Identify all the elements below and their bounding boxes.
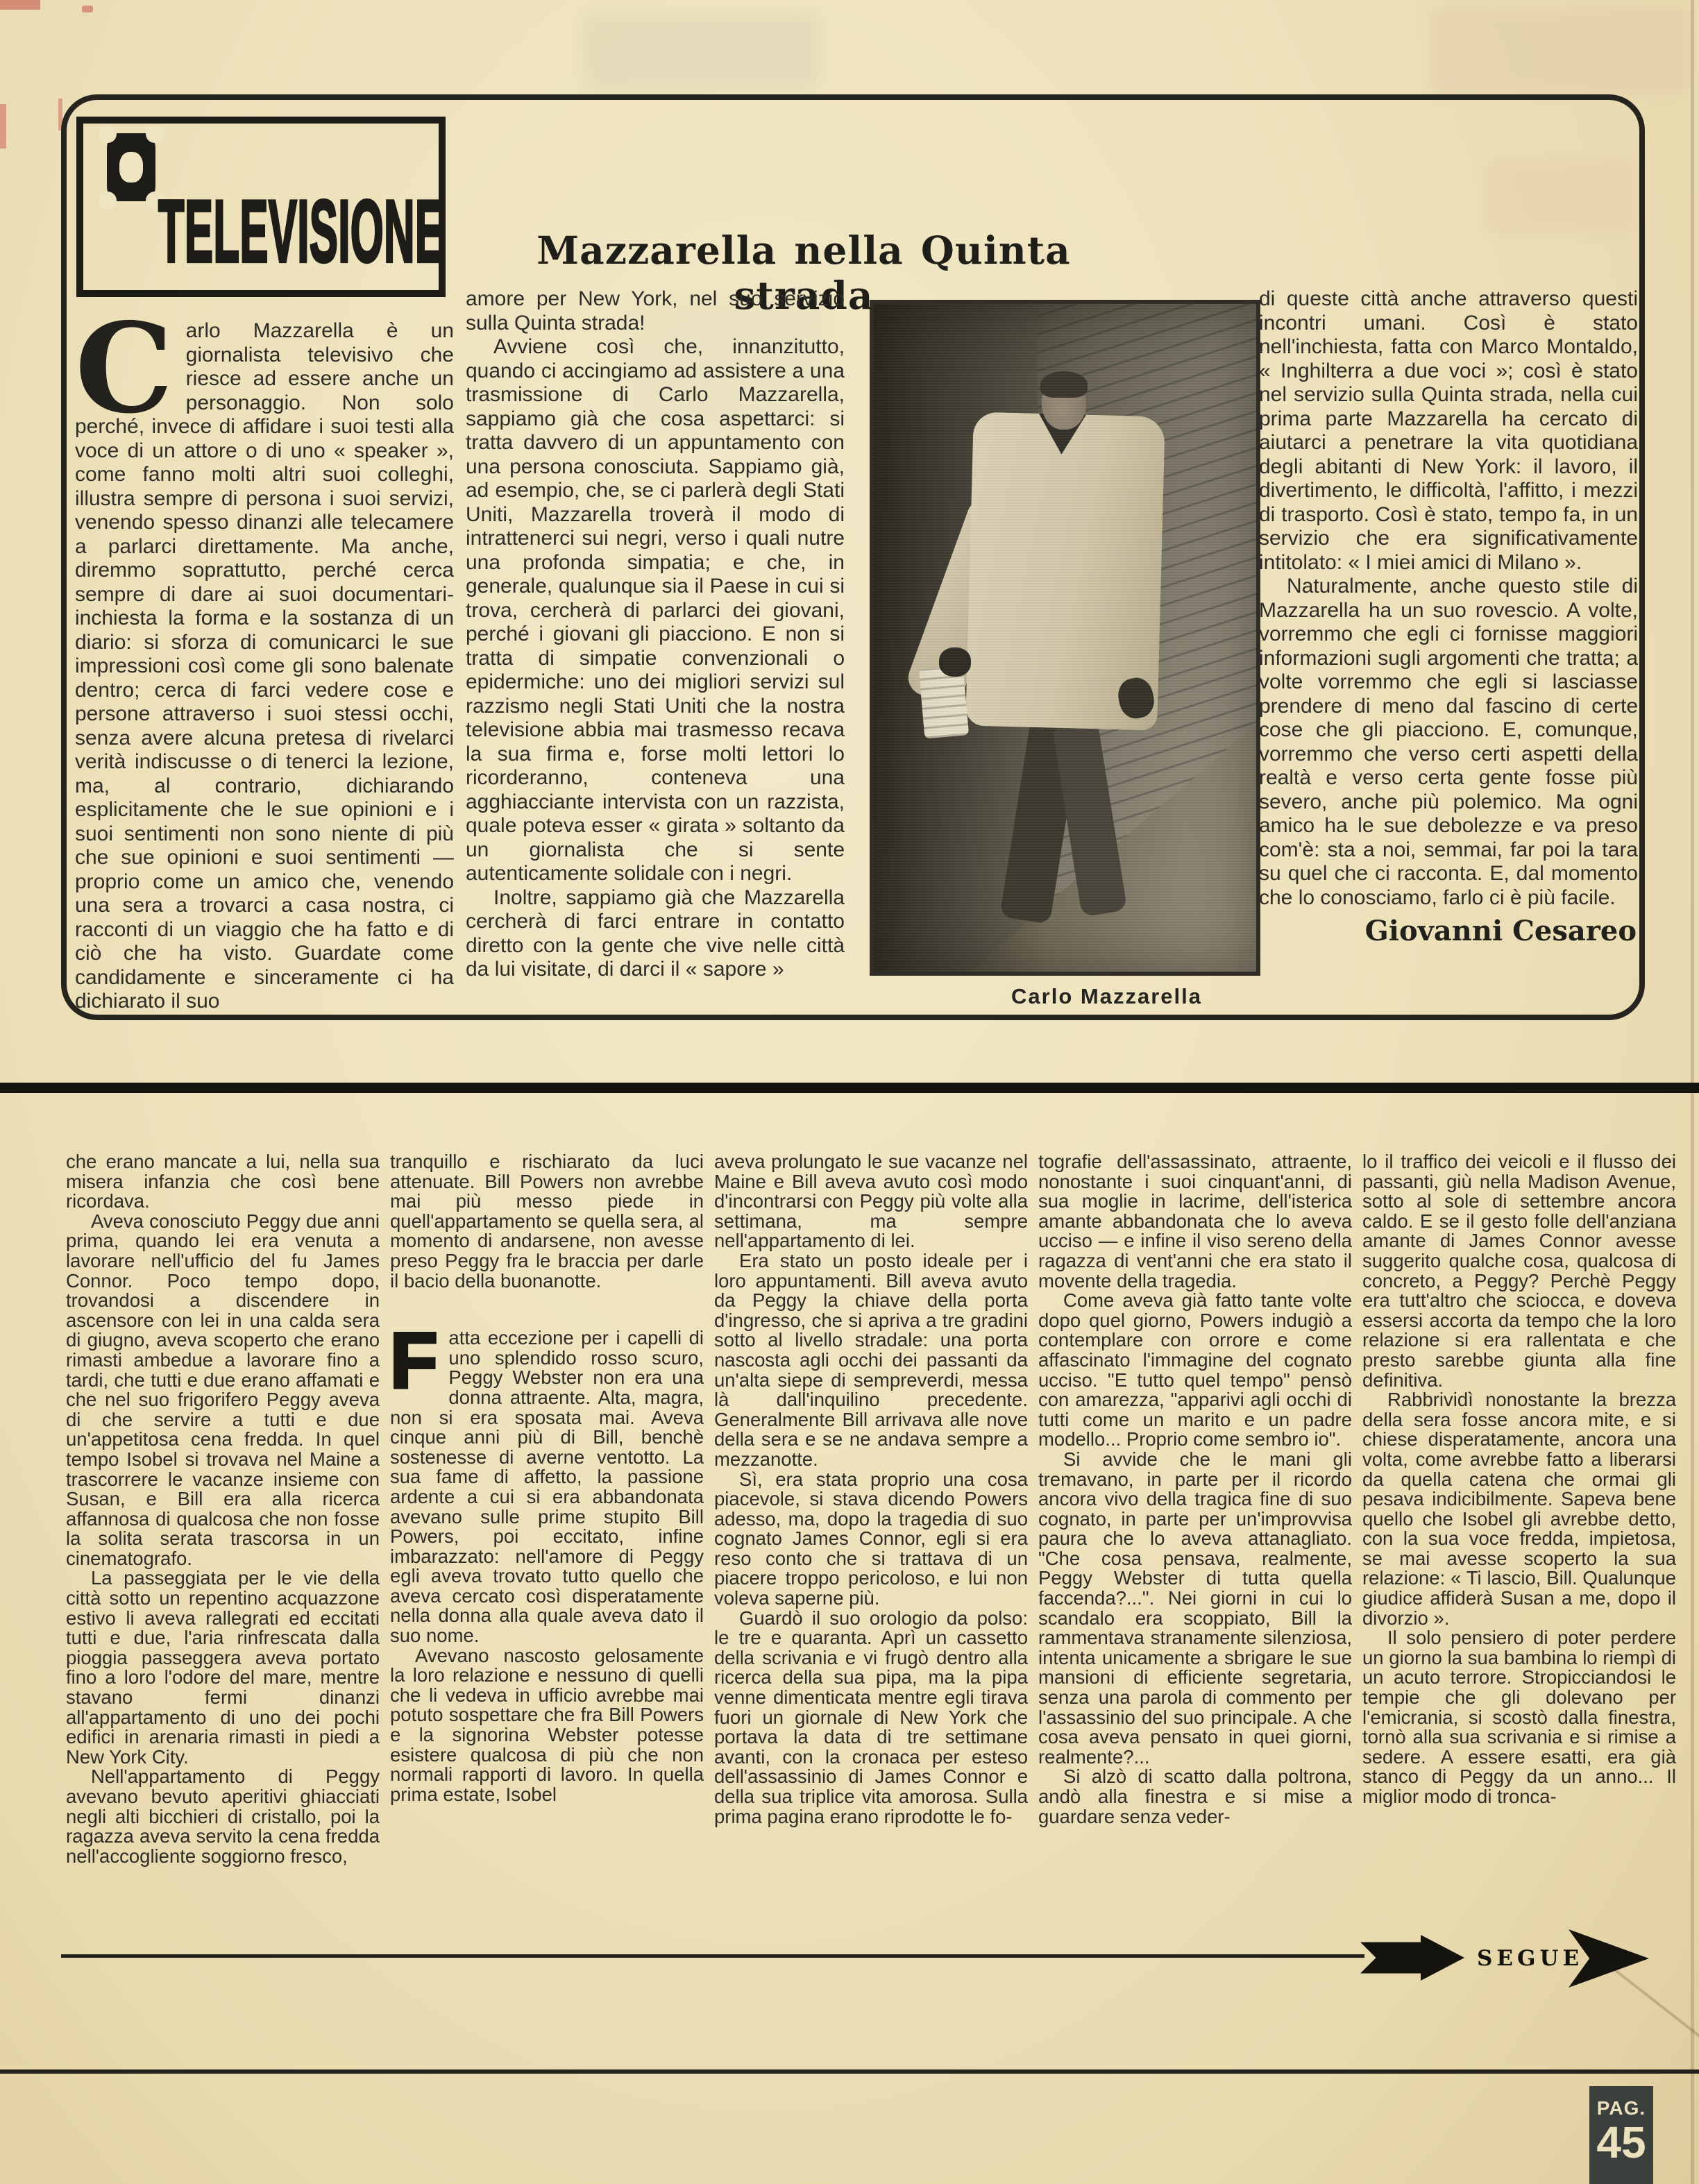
paragraph: Aveva conosciuto Peggy due anni prima, q…	[66, 1212, 380, 1569]
section-title: TELEVISIONE	[158, 187, 443, 276]
paragraph: tografie dell'assassinato, attraente, no…	[1038, 1152, 1352, 1291]
paragraph: Carlo Mazzarella è un giornalista televi…	[75, 319, 454, 1013]
paragraph: La passeggiata per le vie della città so…	[66, 1568, 380, 1767]
paragraph: Si avvide che le mani gli tremavano, in …	[1038, 1450, 1352, 1768]
dropcap-f: F	[390, 1332, 437, 1389]
paragraph: di queste città anche attraverso questi …	[1259, 287, 1638, 575]
bleedthrough-ghost	[1430, 7, 1687, 96]
story-bottom-rule	[61, 1954, 1364, 1958]
section-divider-bar	[0, 1083, 1699, 1093]
paragraph: Avevano nascosto gelosamente la loro rel…	[390, 1646, 704, 1805]
segue-label: SEGUE	[1477, 1946, 1583, 1971]
arrow-right-icon	[1360, 1935, 1464, 1981]
story-column-5: lo il traffico dei veicoli e il flusso d…	[1362, 1152, 1676, 1935]
tv-ornament-icon	[107, 133, 155, 201]
article-column-3: di queste città anche attraverso questi …	[1259, 287, 1638, 944]
photo-carlo-mazzarella	[870, 300, 1260, 976]
paragraph: Naturalmente, anche questo stile di Mazz…	[1259, 575, 1638, 910]
column-paragraphs: di queste città anche attraverso questi …	[1259, 287, 1638, 910]
paragraph: Inoltre, sappiamo già che Mazzarella cer…	[466, 886, 845, 982]
page-number: 45	[1589, 2119, 1653, 2166]
print-registration-mark	[82, 6, 93, 12]
photo-grain-overlay	[874, 304, 1256, 972]
paragraph: Rabbrividì nonostante la brezza della se…	[1362, 1390, 1676, 1628]
paragraph: Guardò il suo orologio da polso: le tre …	[714, 1609, 1028, 1827]
article-column-1: Carlo Mazzarella è un giornalista televi…	[75, 319, 454, 1013]
story-column-2: tranquillo e rischiarato da luci attenua…	[390, 1152, 704, 1935]
story-column-1: che erano mancate a lui, nella sua miser…	[66, 1152, 380, 1935]
print-registration-mark	[0, 0, 40, 10]
article-column-2: amore per New York, nel suo servizio sul…	[466, 287, 845, 1013]
continuation-marker: SEGUE	[1360, 1928, 1652, 1992]
magazine-page: TELEVISIONE Mazzarella nella Quinta stra…	[0, 0, 1699, 2184]
page-number-badge: PAG. 45	[1589, 2086, 1653, 2184]
dropcap-c: C	[75, 325, 174, 412]
author-byline: Giovanni Cesareo	[1259, 920, 1638, 944]
paragraph: amore per New York, nel suo servizio sul…	[466, 287, 845, 335]
paragraph: lo il traffico dei veicoli e il flusso d…	[1362, 1152, 1676, 1390]
television-feature-box: TELEVISIONE Mazzarella nella Quinta stra…	[61, 94, 1645, 1020]
paragraph: Sì, era stata proprio una cosa piacevole…	[714, 1470, 1028, 1609]
story-column-4: tografie dell'assassinato, attraente, no…	[1038, 1152, 1352, 1935]
print-registration-mark	[0, 104, 6, 149]
paragraph: Nell'appartamento di Peggy avevano bevut…	[66, 1767, 380, 1866]
paragraph: Era stato un posto ideale per i loro app…	[714, 1251, 1028, 1470]
paragraph-text: arlo Mazzarella è un giornalista televis…	[75, 319, 454, 1013]
paragraph: che erano mancate a lui, nella sua miser…	[66, 1152, 380, 1212]
paragraph: Avviene così che, innanzitutto, quando c…	[466, 335, 845, 886]
bleedthrough-ghost	[583, 12, 819, 90]
paragraph: aveva prolungato le sue vacanze nel Main…	[714, 1152, 1028, 1251]
page-number-label: PAG.	[1589, 2097, 1653, 2119]
paragraph: Il solo pensiero di poter perdere un gio…	[1362, 1628, 1676, 1806]
paragraph: tranquillo e rischiarato da luci attenua…	[390, 1152, 704, 1291]
paragraph: Come aveva già fatto tante volte dopo qu…	[1038, 1291, 1352, 1450]
televisione-logo-box: TELEVISIONE	[76, 117, 446, 297]
paragraph: Fatta eccezione per i capelli di uno spl…	[390, 1328, 704, 1646]
photo-caption: Carlo Mazzarella	[870, 984, 1260, 1009]
story-column-3: aveva prolungato le sue vacanze nel Main…	[714, 1152, 1028, 1935]
paragraph: Si alzò di scatto dalla poltrona, andò a…	[1038, 1767, 1352, 1827]
footer-rule	[0, 2069, 1699, 2074]
